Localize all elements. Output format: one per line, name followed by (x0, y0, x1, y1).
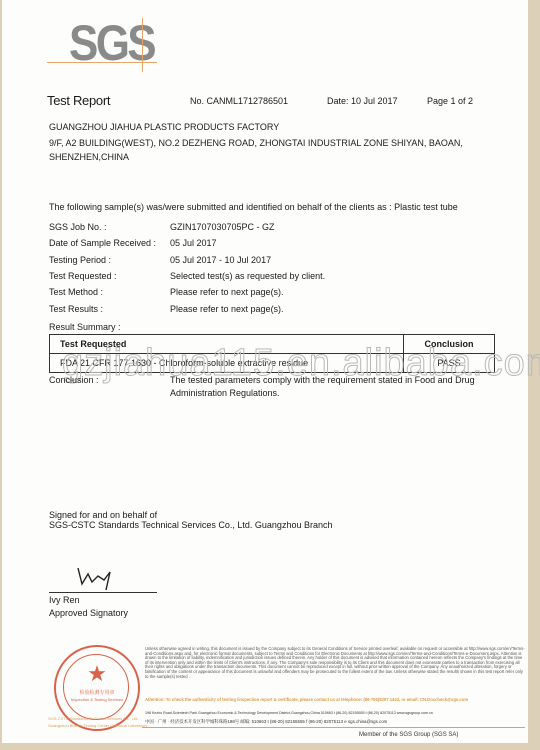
page-title: Test Report (47, 93, 110, 108)
page-number: Page 1 of 2 (427, 96, 473, 106)
signature-line (49, 592, 157, 593)
result-summary-label: Result Summary : (49, 322, 121, 332)
conclusion-line2: Administration Regulations. (170, 388, 280, 398)
field-value-testing-period: 05 Jul 2017 - 10 Jul 2017 (170, 255, 271, 265)
conclusion-line1: The tested parameters comply with the re… (170, 375, 475, 385)
client-address-line2: SHENZHEN,CHINA (49, 152, 129, 162)
report-number: No. CANML1712786501 (190, 96, 288, 106)
field-value-test-results: Please refer to next page(s). (170, 304, 284, 314)
field-value-test-requested: Selected test(s) as requested by client. (170, 271, 325, 281)
field-value-date-received: 05 Jul 2017 (170, 238, 217, 248)
sgs-logo: SGS (69, 20, 135, 66)
field-value-test-method: Please refer to next page(s). (170, 287, 284, 297)
intro-text: The following sample(s) was/were submitt… (49, 202, 458, 212)
footer-member: Member of the SGS Group (SGS SA) (359, 732, 458, 738)
signatory-name: Ivy Ren (49, 595, 80, 605)
footer-address-cn: 中国 · 广州 · 经济技术开发区科学城科珠路198号 邮编: 510663 t… (145, 719, 387, 725)
signatory-role: Approved Signatory (49, 608, 128, 618)
signoff-line2: SGS-CSTC Standards Technical Services Co… (49, 520, 332, 530)
field-label-job-no: SGS Job No. : (49, 222, 107, 232)
logo-rule-horizontal (47, 62, 157, 63)
logo-rule-vertical (142, 18, 143, 72)
field-label-test-method: Test Method : (49, 287, 103, 297)
footer-rule (142, 727, 525, 728)
client-name: GUANGZHOU JIAHUA PLASTIC PRODUCTS FACTOR… (49, 122, 279, 132)
footer-address-en: 198 Kezhu Road,Scientech Park Guangzhou … (145, 711, 433, 715)
signature (76, 566, 116, 592)
footer-disclaimer: Unless otherwise agreed in writing, this… (145, 647, 525, 679)
footer-attention: Attention: To check the authenticity of … (145, 698, 525, 703)
seal-text-cn: 检验检测专用章 (56, 689, 138, 696)
star-icon: ★ (56, 661, 138, 687)
field-label-test-requested: Test Requested : (49, 271, 117, 281)
seal-caption1: SGS-CSTC Standards Technical Services Co… (48, 716, 138, 721)
report-date: Date: 10 Jul 2017 (327, 96, 398, 106)
field-label-testing-period: Testing Period : (49, 255, 111, 265)
conclusion-label: Conclusion : (49, 375, 99, 385)
signoff-line1: Signed for and on behalf of (49, 510, 157, 520)
field-value-job-no: GZIN1707030705PC - GZ (170, 222, 275, 232)
client-address-line1: 9/F, A2 BUILDING(WEST), NO.2 DEZHENG ROA… (49, 138, 463, 148)
seal-caption2: Guangzhou Branch Testing Center Chemical… (48, 723, 147, 728)
seal-text-en: Inspection & Testing Services (56, 697, 138, 702)
field-label-test-results: Test Results : (49, 304, 103, 314)
field-label-date-received: Date of Sample Received : (49, 238, 156, 248)
report-page: SGS Test Report No. CANML1712786501 Date… (2, 0, 528, 743)
